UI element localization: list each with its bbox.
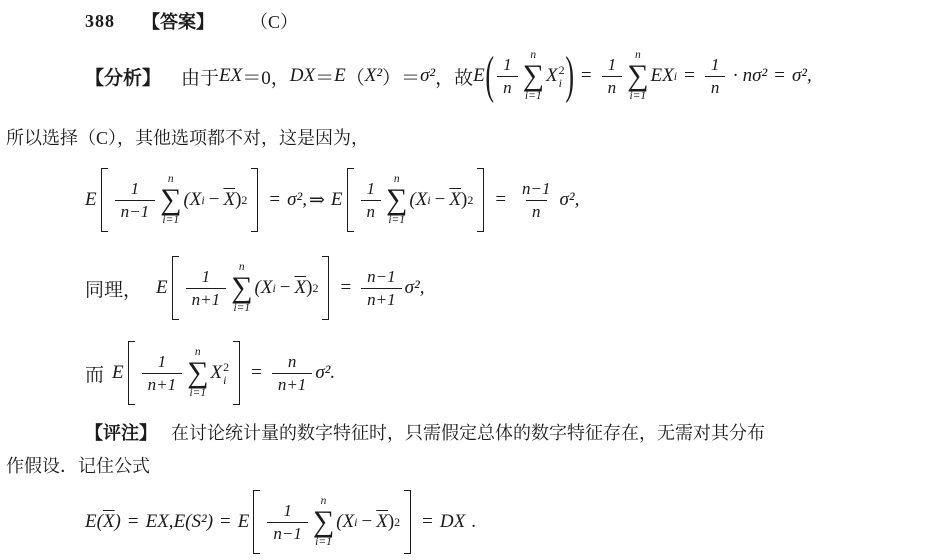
fraction: 1 n [602, 54, 623, 98]
superscript-2: 2 [467, 193, 473, 208]
equals-sign: = [774, 65, 785, 87]
left-bracket-icon [253, 490, 260, 554]
problem-number: 388 [85, 11, 115, 32]
math-token-E: E [473, 65, 485, 87]
open-paren-X: (X [336, 511, 354, 533]
math-token-sigma-sq: σ², [560, 189, 580, 211]
equals-sign: = [128, 511, 139, 533]
fraction: 1 n+1 [142, 351, 182, 395]
remark-line-2: 作假设．记住公式 [6, 452, 150, 478]
fraction-denominator: n+1 [272, 373, 312, 395]
fraction-numerator: n−1 [361, 266, 401, 287]
math-token-E: E [238, 511, 250, 533]
minus-sign: − [435, 189, 446, 211]
math-token-n-sigma-sq: nσ² [743, 65, 768, 87]
left-bracket-icon [101, 168, 108, 232]
text-token: ＝0， [242, 63, 290, 90]
sigma-icon: ∑ [187, 359, 208, 388]
close-paren: ) [115, 511, 121, 533]
x-bar: X [223, 189, 235, 211]
left-paren-icon: ( [485, 50, 494, 102]
fraction: 1 n−1 [267, 500, 307, 544]
analysis-line: 【分析】 由于 EX ＝0， DX ＝ E （ X² ）＝ σ² ，故 E ( … [85, 36, 812, 116]
answer-value: （C） [250, 8, 298, 34]
math-token: DX [290, 65, 315, 87]
sup-sub-stack: 2 i [559, 64, 565, 90]
fraction-numerator: n−1 [516, 178, 556, 199]
fraction-numerator: 1 [361, 178, 382, 199]
text-token: ）＝ [382, 63, 420, 90]
fraction: n n+1 [272, 351, 312, 395]
fraction-numerator: 1 [497, 54, 518, 75]
superscript-2: 2 [394, 515, 400, 530]
fraction-numerator: 1 [602, 54, 623, 75]
math-token-DX: DX [440, 511, 465, 533]
analysis-label: 【分析】 [85, 63, 161, 90]
fraction-denominator: n+1 [142, 373, 182, 395]
conclusion-text: 所以选择（C），其他选项都不对，这是因为， [6, 124, 369, 150]
x-squared-sub-i-term: X 2 i [546, 63, 565, 89]
formula-line-4: 而 E 1 n+1 n ∑ i=1 X 2 i = n [85, 332, 335, 414]
remark-label: 【评注】 [85, 419, 157, 445]
fraction: 1 n+1 [186, 266, 226, 310]
implies-arrow-icon: ⇒ [309, 189, 325, 212]
fraction: 1 n [705, 54, 726, 98]
equals-sign: = [581, 65, 592, 87]
x-bar: X [376, 511, 388, 533]
minus-sign: − [362, 511, 373, 533]
fraction-denominator: n [526, 200, 547, 222]
x-squared-sub-i-term: X 2 i [211, 360, 230, 386]
formula-line-5: E( X ) = EX, E(S²) = E 1 n−1 n ∑ i=1 (X … [85, 486, 476, 558]
math-token-sigma-sq: σ², [405, 277, 425, 299]
fraction: n−1 n+1 [361, 266, 401, 310]
equals-sign: = [684, 65, 695, 87]
equals-sign: = [251, 362, 262, 384]
sup-sub-stack: 2 i [223, 361, 229, 387]
sigma-icon: ∑ [627, 62, 648, 91]
fraction-numerator: 1 [152, 351, 173, 372]
sum-lower-limit: i=1 [162, 214, 179, 227]
remark-text-2: 作假设．记住公式 [6, 452, 150, 478]
right-bracket-icon [404, 490, 411, 554]
math-token-E: E [112, 362, 124, 384]
math-token-E: E [331, 189, 343, 211]
sigma-icon: ∑ [386, 186, 407, 215]
equals-sign: = [495, 189, 506, 211]
minus-sign: − [209, 189, 220, 211]
superscript-2: 2 [312, 281, 318, 296]
subscript-i: i [427, 193, 430, 208]
fraction-numerator: 1 [277, 500, 298, 521]
bracketed-expression: 1 n−1 n ∑ i=1 (X i − X ) 2 [101, 168, 259, 232]
math-token-EX: EX [651, 65, 674, 87]
x-bar: X [295, 277, 307, 299]
right-bracket-icon [322, 256, 329, 320]
fraction-denominator: n+1 [186, 288, 226, 310]
summation-symbol: n ∑ i=1 [313, 495, 334, 550]
right-bracket-icon [251, 168, 258, 232]
remark-text-1: 在讨论统计量的数字特征时，只需假定总体的数字特征存在，无需对其分布 [171, 419, 765, 445]
math-token-X: X [211, 362, 223, 384]
right-bracket-icon [233, 341, 240, 405]
summation-symbol: n ∑ i=1 [627, 49, 648, 104]
fraction-denominator: n [361, 200, 382, 222]
text-token: ，故 [435, 63, 473, 90]
deviation-squared-term: (X i − X ) 2 [336, 511, 400, 533]
open-paren-X: (X [409, 189, 427, 211]
sigma-icon: ∑ [523, 62, 544, 91]
sum-lower-limit: i=1 [525, 90, 542, 103]
tongli-text: 同理， [85, 275, 142, 302]
summation-symbol: n ∑ i=1 [523, 49, 544, 104]
equals-sign: = [269, 189, 280, 211]
math-token-E: E [156, 277, 168, 299]
equals-sign: = [220, 511, 231, 533]
fraction: 1 n [361, 178, 382, 222]
math-token-sigma-sq: σ², [792, 65, 812, 87]
summation-symbol: n ∑ i=1 [386, 173, 407, 228]
subscript-i: i [223, 374, 226, 387]
conclusion-line: 所以选择（C），其他选项都不对，这是因为， [6, 124, 369, 150]
subscript-i: i [272, 281, 275, 296]
remark-line-1: 【评注】 在讨论统计量的数字特征时，只需假定总体的数字特征存在，无需对其分布 [85, 419, 765, 445]
math-token: σ² [420, 65, 435, 87]
fraction-numerator: 1 [705, 54, 726, 75]
subscript-i: i [674, 69, 677, 84]
fraction: n−1 n [516, 178, 556, 222]
right-bracket-icon [477, 168, 484, 232]
math-token-sigma-sq: σ², [287, 189, 307, 211]
text-token: ＝ [315, 63, 334, 90]
sum-lower-limit: i=1 [233, 302, 250, 315]
er-text: 而 [85, 360, 104, 387]
sum-lower-limit: i=1 [189, 387, 206, 400]
minus-sign: − [280, 277, 291, 299]
fraction-denominator: n [497, 76, 518, 98]
fraction-denominator: n [602, 76, 623, 98]
deviation-squared-term: (X i − X ) 2 [183, 189, 247, 211]
equals-sign: = [422, 511, 433, 533]
formula-line-2: E 1 n−1 n ∑ i=1 (X i − X ) 2 = σ², [85, 158, 579, 242]
fraction-numerator: n [282, 351, 303, 372]
open-paren-X: (X [183, 189, 201, 211]
bracketed-expression: 1 n n ∑ i=1 (X i − X ) 2 [347, 168, 485, 232]
math-token-sigma-sq: σ². [315, 362, 335, 384]
bracketed-expression: 1 n+1 n ∑ i=1 X 2 i [128, 341, 240, 405]
period: . [471, 511, 476, 533]
deviation-squared-term: (X i − X ) 2 [409, 189, 473, 211]
fraction: 1 n [497, 54, 518, 98]
superscript-2: 2 [241, 193, 247, 208]
fraction-denominator: n [705, 76, 726, 98]
subscript-i: i [354, 515, 357, 530]
sigma-icon: ∑ [313, 508, 334, 537]
left-bracket-icon [172, 256, 179, 320]
text-token: （ [346, 63, 365, 90]
subscript-i: i [559, 77, 562, 90]
math-token: EX [219, 65, 242, 87]
x-bar: X [103, 511, 115, 533]
answer-label: 【答案】 [142, 8, 214, 34]
open-paren-X: (X [255, 277, 273, 299]
left-bracket-icon [347, 168, 354, 232]
subscript-i: i [201, 193, 204, 208]
formula-line-3: 同理， E 1 n+1 n ∑ i=1 (X i − X ) 2 = [85, 246, 424, 330]
sum-lower-limit: i=1 [315, 536, 332, 549]
math-token-E-open: E( [85, 511, 103, 533]
fraction-numerator: 1 [125, 178, 146, 199]
analysis-intro-text: 由于 [181, 63, 219, 90]
math-token-ES2: E(S²) [174, 511, 213, 533]
right-paren-icon: ) [565, 50, 574, 102]
multiplication-dot: · [732, 65, 738, 87]
math-token-X: X [546, 65, 558, 87]
math-token: E [334, 65, 346, 87]
summation-symbol: n ∑ i=1 [160, 173, 181, 228]
math-token-E: E [85, 189, 97, 211]
fraction: 1 n−1 [115, 178, 155, 222]
math-token-EX-comma: EX, [146, 511, 174, 533]
equals-sign: = [340, 277, 351, 299]
x-bar: X [449, 189, 461, 211]
sum-lower-limit: i=1 [629, 90, 646, 103]
fraction-numerator: 1 [196, 266, 217, 287]
answer-line: 388 【答案】 （C） [85, 8, 298, 34]
fraction-denominator: n+1 [361, 288, 401, 310]
fraction-denominator: n−1 [115, 200, 155, 222]
sigma-icon: ∑ [160, 186, 181, 215]
summation-symbol: n ∑ i=1 [187, 346, 208, 401]
deviation-squared-term: (X i − X ) 2 [255, 277, 319, 299]
left-bracket-icon [128, 341, 135, 405]
sum-lower-limit: i=1 [388, 214, 405, 227]
math-token: X² [365, 65, 382, 87]
sigma-icon: ∑ [231, 274, 252, 303]
bracketed-expression: 1 n+1 n ∑ i=1 (X i − X ) 2 [172, 256, 330, 320]
bracketed-expression: 1 n−1 n ∑ i=1 (X i − X ) 2 [253, 490, 411, 554]
summation-symbol: n ∑ i=1 [231, 261, 252, 316]
fraction-denominator: n−1 [267, 522, 307, 544]
document-page: 388 【答案】 （C） 【分析】 由于 EX ＝0， DX ＝ E （ X² … [0, 0, 942, 560]
